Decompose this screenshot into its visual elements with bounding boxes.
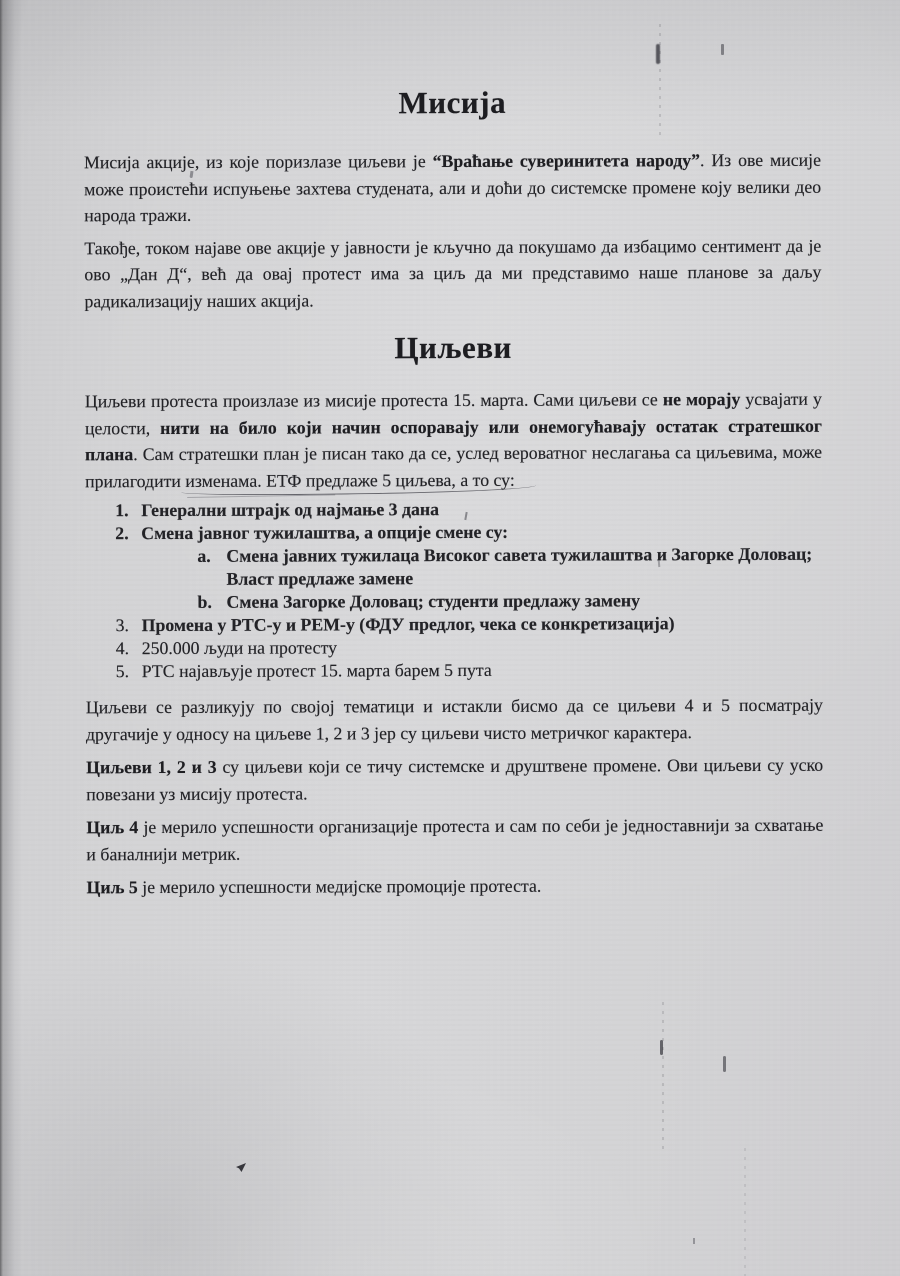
list-marker: b. [197,591,226,614]
ink-speck [660,1040,663,1055]
bold-text: Циљ 4 [86,817,138,837]
list-item-text: Смена јавног тужилаштва, а опције смене … [141,520,822,545]
ink-speck [236,1163,246,1172]
bold-text: не морају [663,389,741,409]
list-subitem-a: a. Смена јавних тужилаца Високог савета … [85,543,822,592]
text-segment: Циљеви протеста произлазе из мисије прот… [85,389,663,411]
list-marker: 4. [116,637,142,660]
paper-left-edge-shadow [0,0,22,1276]
bold-text: Циљ 5 [86,877,137,897]
ink-speck [723,1056,726,1072]
text-segment: је мерило успешности медијске промоције … [138,876,542,897]
text-segment: је мерило успешности организације протес… [86,815,823,864]
goal-5-paragraph: Циљ 5 је мерило успешности медијске пром… [86,872,823,901]
mission-heading: Мисија [84,83,821,124]
document-content: Мисија Мисија акције, из које поризлазе … [83,0,823,901]
ink-speck [693,1238,695,1244]
list-subitem-b: b. Смена Загорке Доловац; студенти предл… [85,589,822,615]
list-item-5: 5. РТС најављује протест 15. марта барем… [86,658,823,684]
list-item-4: 4. 250.000 људи на протесту [86,635,823,661]
list-marker: 2. [115,522,141,545]
list-item-text: Смена Загорке Доловац; студенти предлажу… [226,589,822,614]
list-item-text: Генерални штрајк од најмање 3 дана [141,497,822,522]
bold-text: Циљеви 1, 2 и 3 [86,757,217,777]
list-marker: 3. [116,614,142,637]
list-item-1: 1. Генерални штрајк од најмање 3 дана [85,497,822,523]
goals-123-paragraph: Циљеви 1, 2 и 3 су циљеви који се тичу с… [86,752,823,808]
list-item-text: Смена јавних тужилаца Високог савета туж… [226,543,822,591]
goals-comparison-paragraph: Циљеви се разликују по својој тематици и… [86,692,823,748]
list-marker: 1. [115,499,141,522]
bold-quote-text: “Враћање суверинитета народу” [433,150,700,171]
goal-4-paragraph: Циљ 4 је мерило успешности организације … [86,812,823,868]
list-item-text: РТС најављује протест 15. марта барем 5 … [142,658,823,683]
list-item-3: 3. Промена у РТС-у и РЕМ-у (ФДУ предлог,… [86,612,823,638]
list-item-text: Промена у РТС-у и РЕМ-у (ФДУ предлог, че… [142,612,823,637]
goals-heading: Циљеви [85,328,822,369]
list-marker: a. [197,545,226,591]
paper-crease-mark [744,1148,746,1276]
text-segment: Мисија акције, из које поризлазе циљеви … [84,151,433,172]
scanned-document-page: Мисија Мисија акције, из које поризлазе … [0,0,900,1276]
list-item-2: 2. Смена јавног тужилаштва, а опције сме… [85,520,822,546]
pencil-underlined-text: изменама. ЕТФ предлаже 5 циљева, а то су… [185,469,515,490]
mission-paragraph-1: Мисија акције, из које поризлазе циљеви … [84,147,821,229]
goals-intro-paragraph: Циљеви протеста произлазе из мисије прот… [85,386,822,495]
mission-paragraph-2: Такође, током најаве ове акције у јавнос… [84,232,821,314]
text-segment: изменама. ЕТФ предлаже 5 циљева, а то су… [185,469,515,490]
goals-numbered-list: 1. Генерални штрајк од најмање 3 дана 2.… [85,497,823,684]
list-marker: 5. [116,660,142,683]
paper-crease-mark [662,1002,664,1150]
list-item-text: 250.000 људи на протесту [142,635,823,660]
